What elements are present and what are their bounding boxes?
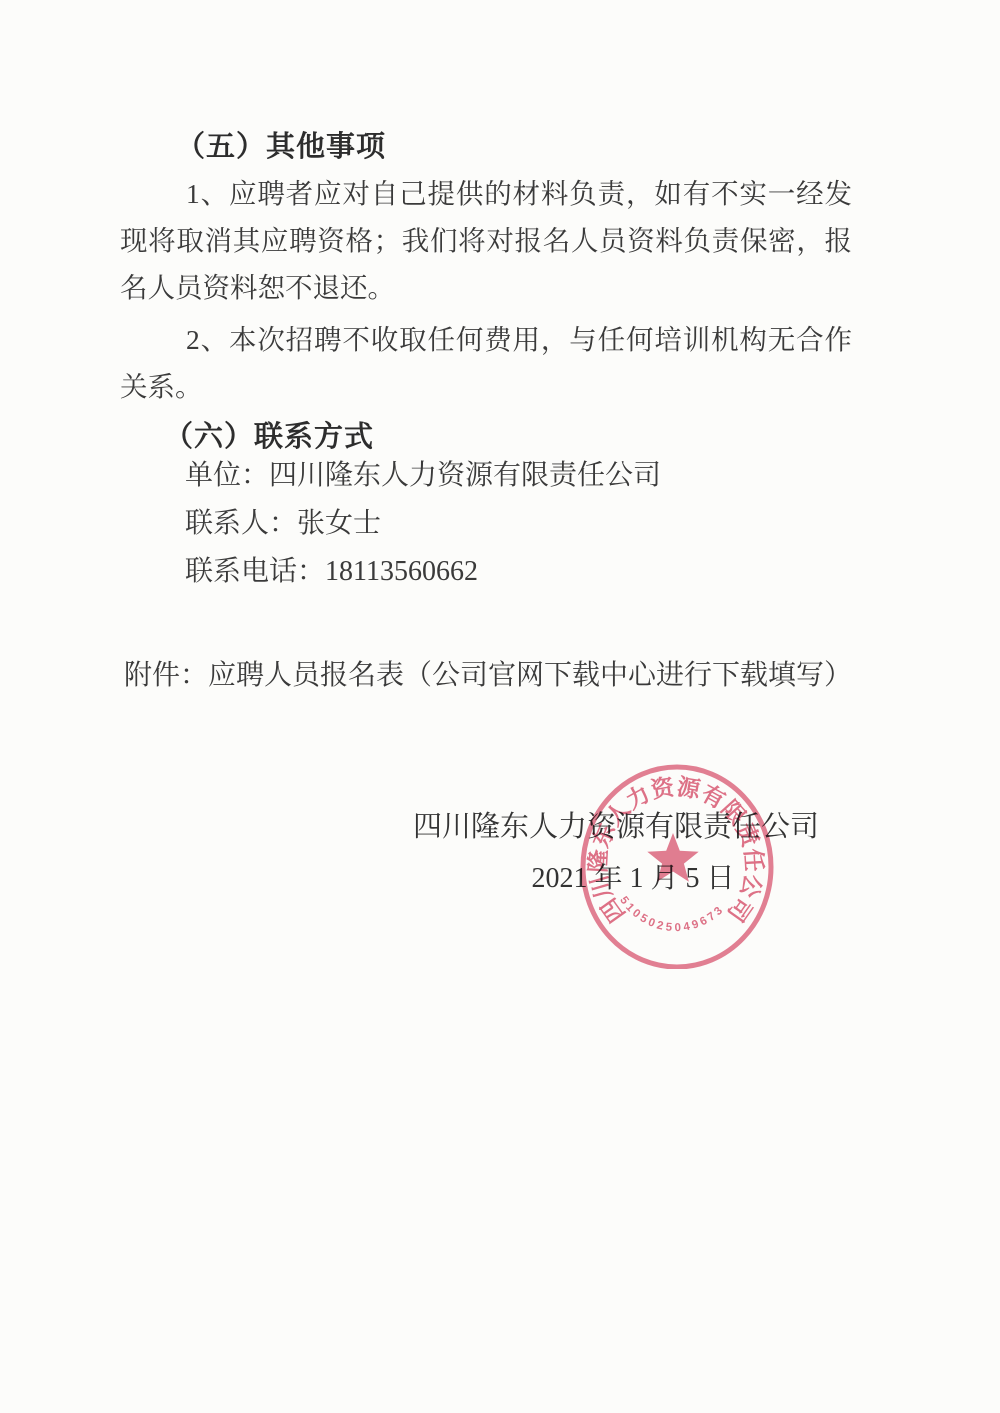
stamp-serial-number: 5105025049673 [617,895,727,935]
contact-unit: 单位：四川隆东人力资源有限责任公司 [185,452,661,500]
contact-info-block: 单位：四川隆东人力资源有限责任公司 联系人：张女士 联系电话：181135606… [185,452,661,596]
contact-phone: 联系电话：18113560662 [185,548,661,596]
document-page: （五）其他事项 1、应聘者应对自己提供的材料负责，如有不实一经发现将取消其应聘资… [0,0,1000,1413]
signature-date: 2021 年 1 月 5 日 [531,856,734,896]
stamp-ring-text: 四川隆东人力资源有限责任公司 [585,773,767,926]
paragraph-materials-responsibility: 1、应聘者应对自己提供的材料负责，如有不实一经发现将取消其应聘资格；我们将对报名… [120,170,852,311]
attachment-note: 附件：应聘人员报名表（公司官网下载中心进行下载填写） [124,653,852,693]
signature-company-name: 四川隆东人力资源有限责任公司 [413,804,819,845]
contact-person: 联系人：张女士 [185,500,661,548]
paragraph-no-fees: 2、本次招聘不收取任何费用，与任何培训机构无合作关系。 [120,316,852,410]
section-heading-contact: （六）联系方式 [164,414,374,455]
section-heading-other-matters: （五）其他事项 [176,124,386,165]
